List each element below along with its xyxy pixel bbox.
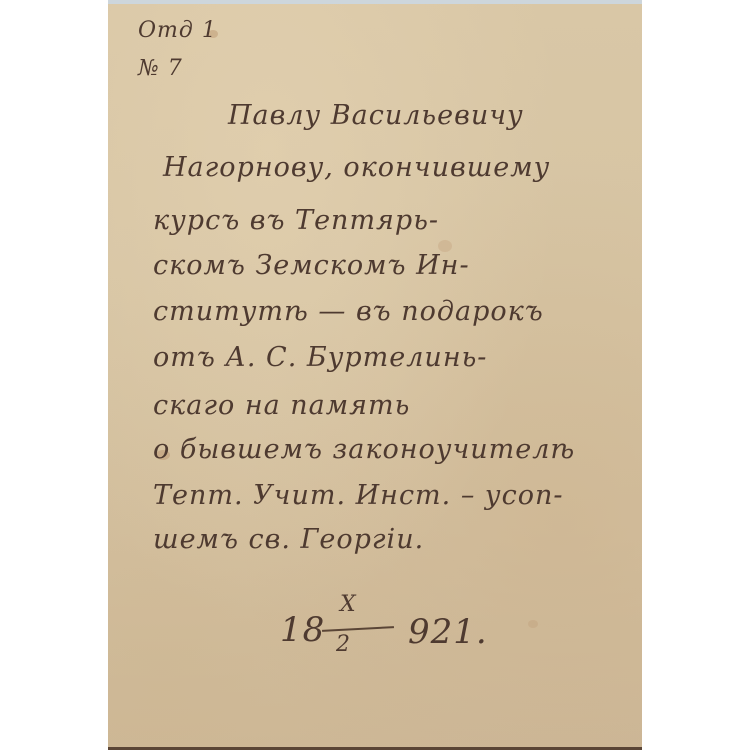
inscription-line-6: отъ А. С. Буртелинь- [153,342,487,373]
stain [528,620,538,628]
date-year: 921. [408,612,488,652]
inscription-line-5: ститутѣ — въ подарокъ [153,296,544,327]
inscription-line-7: скаго на память [153,390,410,421]
inscription-line-8: о бывшемъ законоучителѣ [153,434,575,465]
inscription-line-9: Тепт. Учит. Инст. – усоп- [153,480,563,511]
inscription-line-3: курсъ въ Тептярь- [153,205,439,236]
date-month-denominator: 2 [336,632,350,657]
date-fraction-bar [322,626,394,632]
item-number: № 7 [138,56,183,81]
inscription-line-1: Павлу Васильевичу [228,100,524,131]
dept-reference: Отд 1 [138,18,217,43]
inscription-line-10: шемъ св. Георгіи. [153,524,424,555]
inscription-line-4: скомъ Земскомъ Ин- [153,250,470,281]
date-month-numerator: X [340,592,356,617]
inscription-line-2: Нагорнову, окончившему [163,152,550,183]
paper-page: Отд 1 № 7 Павлу Васильевичу Нагорнову, о… [108,0,642,750]
date-day: 18 [280,610,325,650]
